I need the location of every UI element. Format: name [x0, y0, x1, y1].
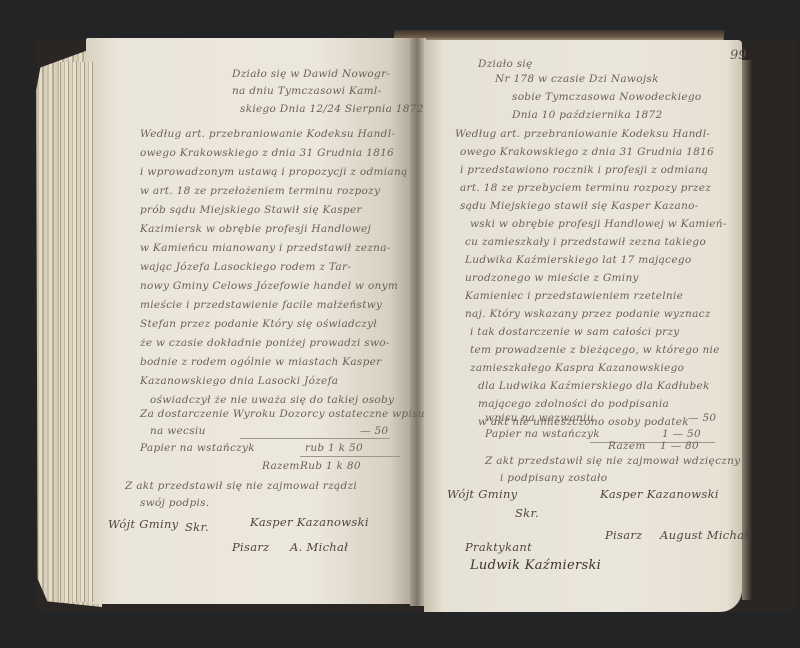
right-signature-name: Skr. — [515, 506, 539, 520]
left-body-line: bodnie z rodem ogólnie w miastach Kasper — [140, 356, 381, 368]
right-body-line: art. 18 ze przebyciem terminu rozpozy pr… — [460, 182, 711, 194]
left-heading-line: Działo się w Dawid Nowogr- — [232, 68, 390, 80]
left-body-line: w Kamieńcu mianowany i przedstawił zezna… — [140, 242, 391, 254]
right-body-line: wski w obrębie profesji Handlowej w Kami… — [470, 218, 727, 230]
left-heading-line: skiego Dnia 12/24 Sierpnia 1872 — [240, 103, 424, 115]
right-body-line: dla Ludwika Kaźmierskiego dla Kadłubek — [478, 380, 710, 392]
left-signature-name: A. Michał — [290, 540, 348, 554]
left-body-line: wając Józefa Lasockiego rodem z Tar- — [140, 261, 351, 273]
left-page-edges — [60, 62, 94, 602]
left-body-line: Według art. przebraniowanie Kodeksu Hand… — [140, 128, 395, 140]
left-fee-label: Papier na wstańczyk — [140, 442, 255, 454]
left-closing-line: swój podpis. — [140, 497, 209, 509]
right-heading-line: sobie Tymczasowa Nowodeckiego — [512, 91, 702, 103]
left-body-line: że w czasie dokładnie poniżej prowadzi s… — [140, 337, 390, 349]
left-body-line: mieście i przedstawienie facile małżeńst… — [140, 299, 382, 311]
right-heading-line: Dnia 10 października 1872 — [512, 109, 663, 121]
left-body-line: Kazanowskiego dnia Lasocki Józefa — [140, 375, 338, 387]
right-signature-role: Pisarz — [605, 528, 643, 542]
right-signature-role: Praktykant — [465, 540, 532, 554]
right-signature-name: Ludwik Kaźmierski — [470, 558, 601, 573]
left-fee-total-value: Rub 1 k 80 — [300, 460, 361, 472]
right-heading-line: Nr 178 w czasie Dzi Nawojsk — [495, 73, 659, 85]
right-body-line: tem prowadzenie z bieżącego, w którego n… — [470, 344, 720, 356]
right-fee-total-value: 1 — 80 — [660, 440, 699, 452]
left-fee-label: Za dostarczenie Wyroku Dozorcy ostateczn… — [140, 408, 425, 420]
left-body-line: i wprowadzonym ustawą i propozycji z odm… — [140, 166, 408, 178]
open-register-book: 99 Działo się w Dawid Nowogr- na dniu Ty… — [0, 0, 800, 648]
left-body-line: Kazimiersk w obrębie profesji Handlowej — [140, 223, 371, 235]
left-signature-role: Pisarz — [232, 540, 270, 554]
right-fee-label: wpisu na wezwaniu — [485, 412, 594, 424]
right-signature-name: August Michał — [660, 528, 748, 542]
right-body-line: cu zamieszkały i przedstawił zezna takie… — [465, 236, 706, 248]
left-body-line: owego Krakowskiego z dnia 31 Grudnia 181… — [140, 147, 394, 159]
left-body-line: Stefan przez podanie Który się oświadczy… — [140, 318, 377, 330]
right-heading-line: Działo się — [478, 58, 533, 70]
left-body-line: w art. 18 ze przełożeniem terminu rozpoz… — [140, 185, 380, 197]
left-signature-name: Kasper Kazanowski — [250, 515, 369, 529]
right-body-line: urodzonego w mieście z Gminy — [465, 272, 639, 284]
left-fee-value: rub 1 k 50 — [305, 442, 363, 454]
right-signature-name: Kasper Kazanowski — [600, 487, 719, 501]
left-fee-total-label: Razem — [262, 460, 300, 472]
right-closing-line: Z akt przedstawił się nie zajmował wdzię… — [485, 455, 740, 467]
left-signature-name: Skr. — [185, 520, 209, 534]
left-fee-label: na wecsiu — [150, 425, 206, 437]
right-body-line: owego Krakowskiego z dnia 31 Grudnia 181… — [460, 146, 714, 158]
left-body-line: nowy Gminy Celows Józefowie handel w ony… — [140, 280, 398, 292]
right-body-line: naj. Który wskazany przez podanie wyznac… — [465, 308, 711, 320]
divider — [240, 438, 390, 439]
right-body-line: zamieszkałego Kaspra Kazanowskiego — [470, 362, 684, 374]
right-fee-total-label: Razem — [608, 440, 646, 452]
right-fee-value: — 50 — [688, 412, 716, 424]
divider — [300, 456, 400, 457]
right-body-line: Kamieniec i przedstawieniem rzetelnie — [465, 290, 683, 302]
right-page-edge — [742, 60, 752, 600]
right-body-line: mającego zdolności do podpisania — [478, 398, 669, 410]
right-body-line: i tak dostarczenie w sam całości przy — [470, 326, 680, 338]
right-body-line: Według art. przebraniowanie Kodeksu Hand… — [455, 128, 710, 140]
right-fee-label: Papier na wstańczyk — [485, 428, 600, 440]
page-number: 99 — [730, 48, 747, 63]
left-signature-role: Wójt Gminy — [108, 517, 178, 531]
left-body-line: prób sądu Miejskiego Stawił się Kasper — [140, 204, 362, 216]
right-fee-value: 1 — 50 — [662, 428, 701, 440]
right-closing-line: i podpisany zostało — [500, 472, 607, 484]
right-body-line: sądu Miejskiego stawił się Kasper Kazano… — [460, 200, 699, 212]
left-fee-value: — 50 — [360, 425, 388, 437]
left-body-line: oświadczył że nie uważa się do takiej os… — [150, 394, 394, 406]
left-heading-line: na dniu Tymczasowi Kaml- — [232, 85, 381, 97]
right-signature-role: Wójt Gminy — [447, 487, 517, 501]
right-body-line: Ludwika Kaźmierskiego lat 17 mającego — [465, 254, 692, 266]
right-body-line: i przedstawiono rocznik i profesji z odm… — [460, 164, 708, 176]
left-closing-line: Z akt przedstawił się nie zajmował rządz… — [125, 480, 357, 492]
